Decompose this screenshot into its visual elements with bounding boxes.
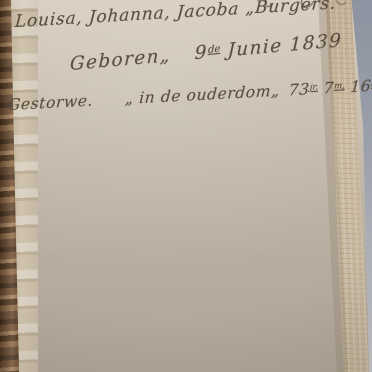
age-years-unit: jr. [309,82,318,92]
book-page-photo: Louisa, Johanna, Jacoba „Burgers. Gebore… [0,0,372,372]
age-months-unit: m, [334,81,345,92]
age-years: 73 [288,80,310,99]
born-day: 9 [194,42,208,64]
born-day-ordinal: de [208,44,221,56]
age-months: 7 [323,79,335,98]
age-days: 16 [350,77,372,96]
